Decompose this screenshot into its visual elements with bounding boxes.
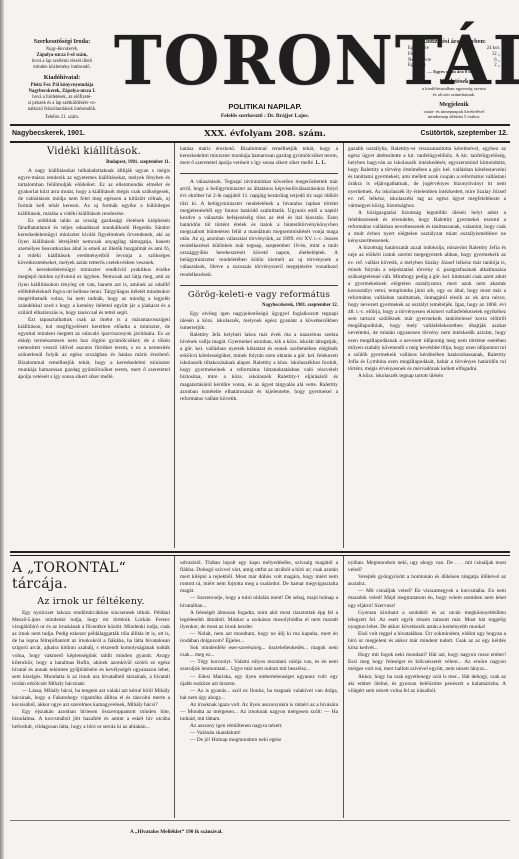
paragraph-continued: hatása máris érezhető. Bizalommal remélh…: [180, 146, 338, 167]
paragraph: — Szerencséje, hogy a tuloi oldalán ment…: [180, 595, 338, 609]
separator: [180, 285, 338, 286]
news-item-elections: A választások. Tegnapi táviratainkat köv…: [180, 179, 338, 278]
paragraph: A közs. iskolaszék tegnap tartott ülésén: [348, 373, 506, 380]
feuilleton-column-1: A „TORONTÁL“ tárcája. Az irnok ur félték…: [12, 560, 170, 818]
paragraph: Ez utóbbiak talán az ország gazdasági él…: [18, 218, 170, 268]
paragraph: Az asszony igen rémültenen nagyra nézett…: [180, 723, 338, 730]
paragraph: — De jó! Holnap megmondom neki egész: [180, 737, 338, 744]
paragraph: — Valónán skandalum!: [180, 730, 338, 737]
paragraph: Verejték gyöngyözött a homlokán és dühös…: [348, 574, 506, 588]
paragraph: — Az is gyanús... szól ez Ilonka, ha mag…: [180, 688, 338, 702]
paragraph: A nagy kiállításokat tulhaladottaknak ál…: [18, 168, 170, 218]
paragraph: Egy nyolcszer lakoza rendőrtárcákban sin…: [12, 610, 170, 688]
rule: [10, 141, 510, 143]
paragraph: Gyorsan kirohant a szobából és az utcán …: [348, 610, 506, 631]
dateline-place: Nagybecskerek, 1901.: [12, 128, 122, 140]
rule: [10, 551, 510, 553]
paragraph: Egy elvileg igen nagyjelentőségü ügygyel…: [180, 311, 338, 332]
separator: [180, 173, 338, 174]
article-videki: Vidéki kiállítások. Budapest, 1901. szep…: [18, 146, 170, 548]
publisher-office-heading: Kiadóhivatal:: [10, 74, 114, 81]
signature: L. L.: [316, 161, 326, 166]
paragraph: A bizottság határozatát azzal indokolja,…: [348, 245, 506, 373]
paragraph: gazabb osztályba, Ralettity-et visszauta…: [348, 146, 506, 210]
paragraph: Az irnoknak igaza volt. Az ilyen asszony…: [180, 702, 338, 723]
paragraph: Sok mindenféle eset-szerészség... tiszte…: [180, 645, 338, 659]
ads-heading: Hirdetések: [404, 78, 504, 85]
paragraph: A kereskedelemügyi miniszter rendkívül p…: [18, 267, 170, 317]
editor-line: Felelős szerkesztő : Dr. Brájjer Lajos.: [170, 113, 360, 119]
article-column-3: gazabb osztályba, Ralettity-et visszauta…: [348, 146, 506, 548]
dateline-day: Csütörtök, szeptember 12.: [390, 128, 508, 140]
paragraph: Első volt reggel a hivatalában. Úrr sokm…: [348, 631, 506, 652]
editorial-office-box: Szerkesztőségi Iroda: Nagy-Becskerek, Zá…: [10, 38, 114, 121]
single-issue-price: — Egyes szám ára 8 fill. —: [404, 69, 504, 75]
newspaper-title: TORONTÁL: [114, 28, 414, 95]
ads-line-2: és olcsón számíttatnak.: [404, 92, 504, 98]
footer-note: A „Hivatalos Melléklet“ 190 ik számával.: [130, 829, 223, 835]
column-divider: [343, 556, 344, 818]
article-dateline: Nagybecskerek, 1901. szeptember 12.: [180, 303, 338, 308]
publication-heading: Megjelenik: [404, 101, 504, 108]
article-title: Vidéki kiállítások.: [18, 146, 170, 157]
paragraph: A feleségét álmosan fogadta, mint akit m…: [180, 610, 338, 631]
feuilleton-title: Az irnok ur féltékeny.: [12, 596, 170, 607]
newspaper-page: Szerkesztőségi Iroda: Nagy-Becskerek, Zá…: [10, 0, 510, 859]
paragraph: — Lássa, Mihály bácsi, ha tengem azt val…: [12, 688, 170, 709]
subscription-box: Előfizetési ára: helyben: Egész évre24 k…: [404, 38, 504, 120]
article-title: Görög-keleti-e vagy református: [180, 290, 338, 300]
price-label: Egy hóra: [408, 63, 425, 69]
feuilleton-banner: A „TORONTÁL“ tárcája.: [12, 560, 170, 592]
publisher-line-5: natkozó felszólamlások intézendők.: [10, 107, 114, 113]
feuilleton-column-2: udvaráról. Tüdtan lopolt egy kapu mélyed…: [180, 560, 338, 818]
paragraph: A közigazgatási bizottság legutóbbi ülés…: [348, 210, 506, 245]
rule: [10, 555, 510, 556]
editorial-note-2: minden közlemény intézendő.: [10, 65, 114, 71]
price-value: 2 „: [494, 63, 500, 69]
paragraph: Egy éjszakán azonban híriesen összeroppa…: [12, 709, 170, 730]
column-divider: [343, 143, 344, 548]
page-edge: [0, 0, 4, 859]
paragraph: nyiltan. Megmondom neki, ugy ahogy van. …: [348, 560, 506, 574]
paragraph: Hogy mit fogok neki mondani? Hát azt, ho…: [348, 652, 506, 673]
publication-line-2: mindennap délután 5 órakor.: [404, 114, 504, 120]
dateline-volume: XXX. évfolyam 208. szám.: [170, 128, 360, 140]
column-divider: [174, 556, 175, 818]
paragraph: — Tégy korcsolyt. Valami súlyos mondani …: [180, 659, 338, 673]
newspaper-subtitle: POLITIKAI NAPILAP.: [170, 102, 360, 111]
editorial-office-heading: Szerkesztőségi Iroda:: [10, 38, 114, 45]
article-column-2: hatása máris érezhető. Bizalommal remélh…: [180, 146, 338, 548]
rule: [10, 820, 510, 821]
feuilleton-column-3: nyiltan. Megmondom neki, ugy ahogy van. …: [348, 560, 506, 818]
phone-number: Telefon 21. szám.: [10, 115, 114, 121]
paragraph: Akkor, hogy ha csak egyetlenegy szót is …: [348, 674, 506, 695]
paragraph: udvaráról. Tüdtan lopolt egy kapu mélyed…: [180, 560, 338, 595]
article-dateline: Budapest, 1901. szeptember 11.: [18, 160, 170, 165]
paragraph: — Mit csináljak veled? En visszamegyek a…: [348, 588, 506, 609]
subscription-heading: Előfizetési ára: helyben:: [404, 38, 504, 45]
rule: [10, 124, 510, 126]
paragraph: — Edesi Mariska, egy ilyen embertelenség…: [180, 674, 338, 688]
paragraph: Ezt tapasztalhattuk csak az imént is a m…: [18, 317, 170, 381]
paragraph: — Nohát, nem azt mondtam, hogy ne állj k…: [180, 631, 338, 645]
column-divider: [174, 143, 175, 548]
paragraph: Ralettity Jefa helybeli lakos már évek ó…: [180, 332, 338, 403]
